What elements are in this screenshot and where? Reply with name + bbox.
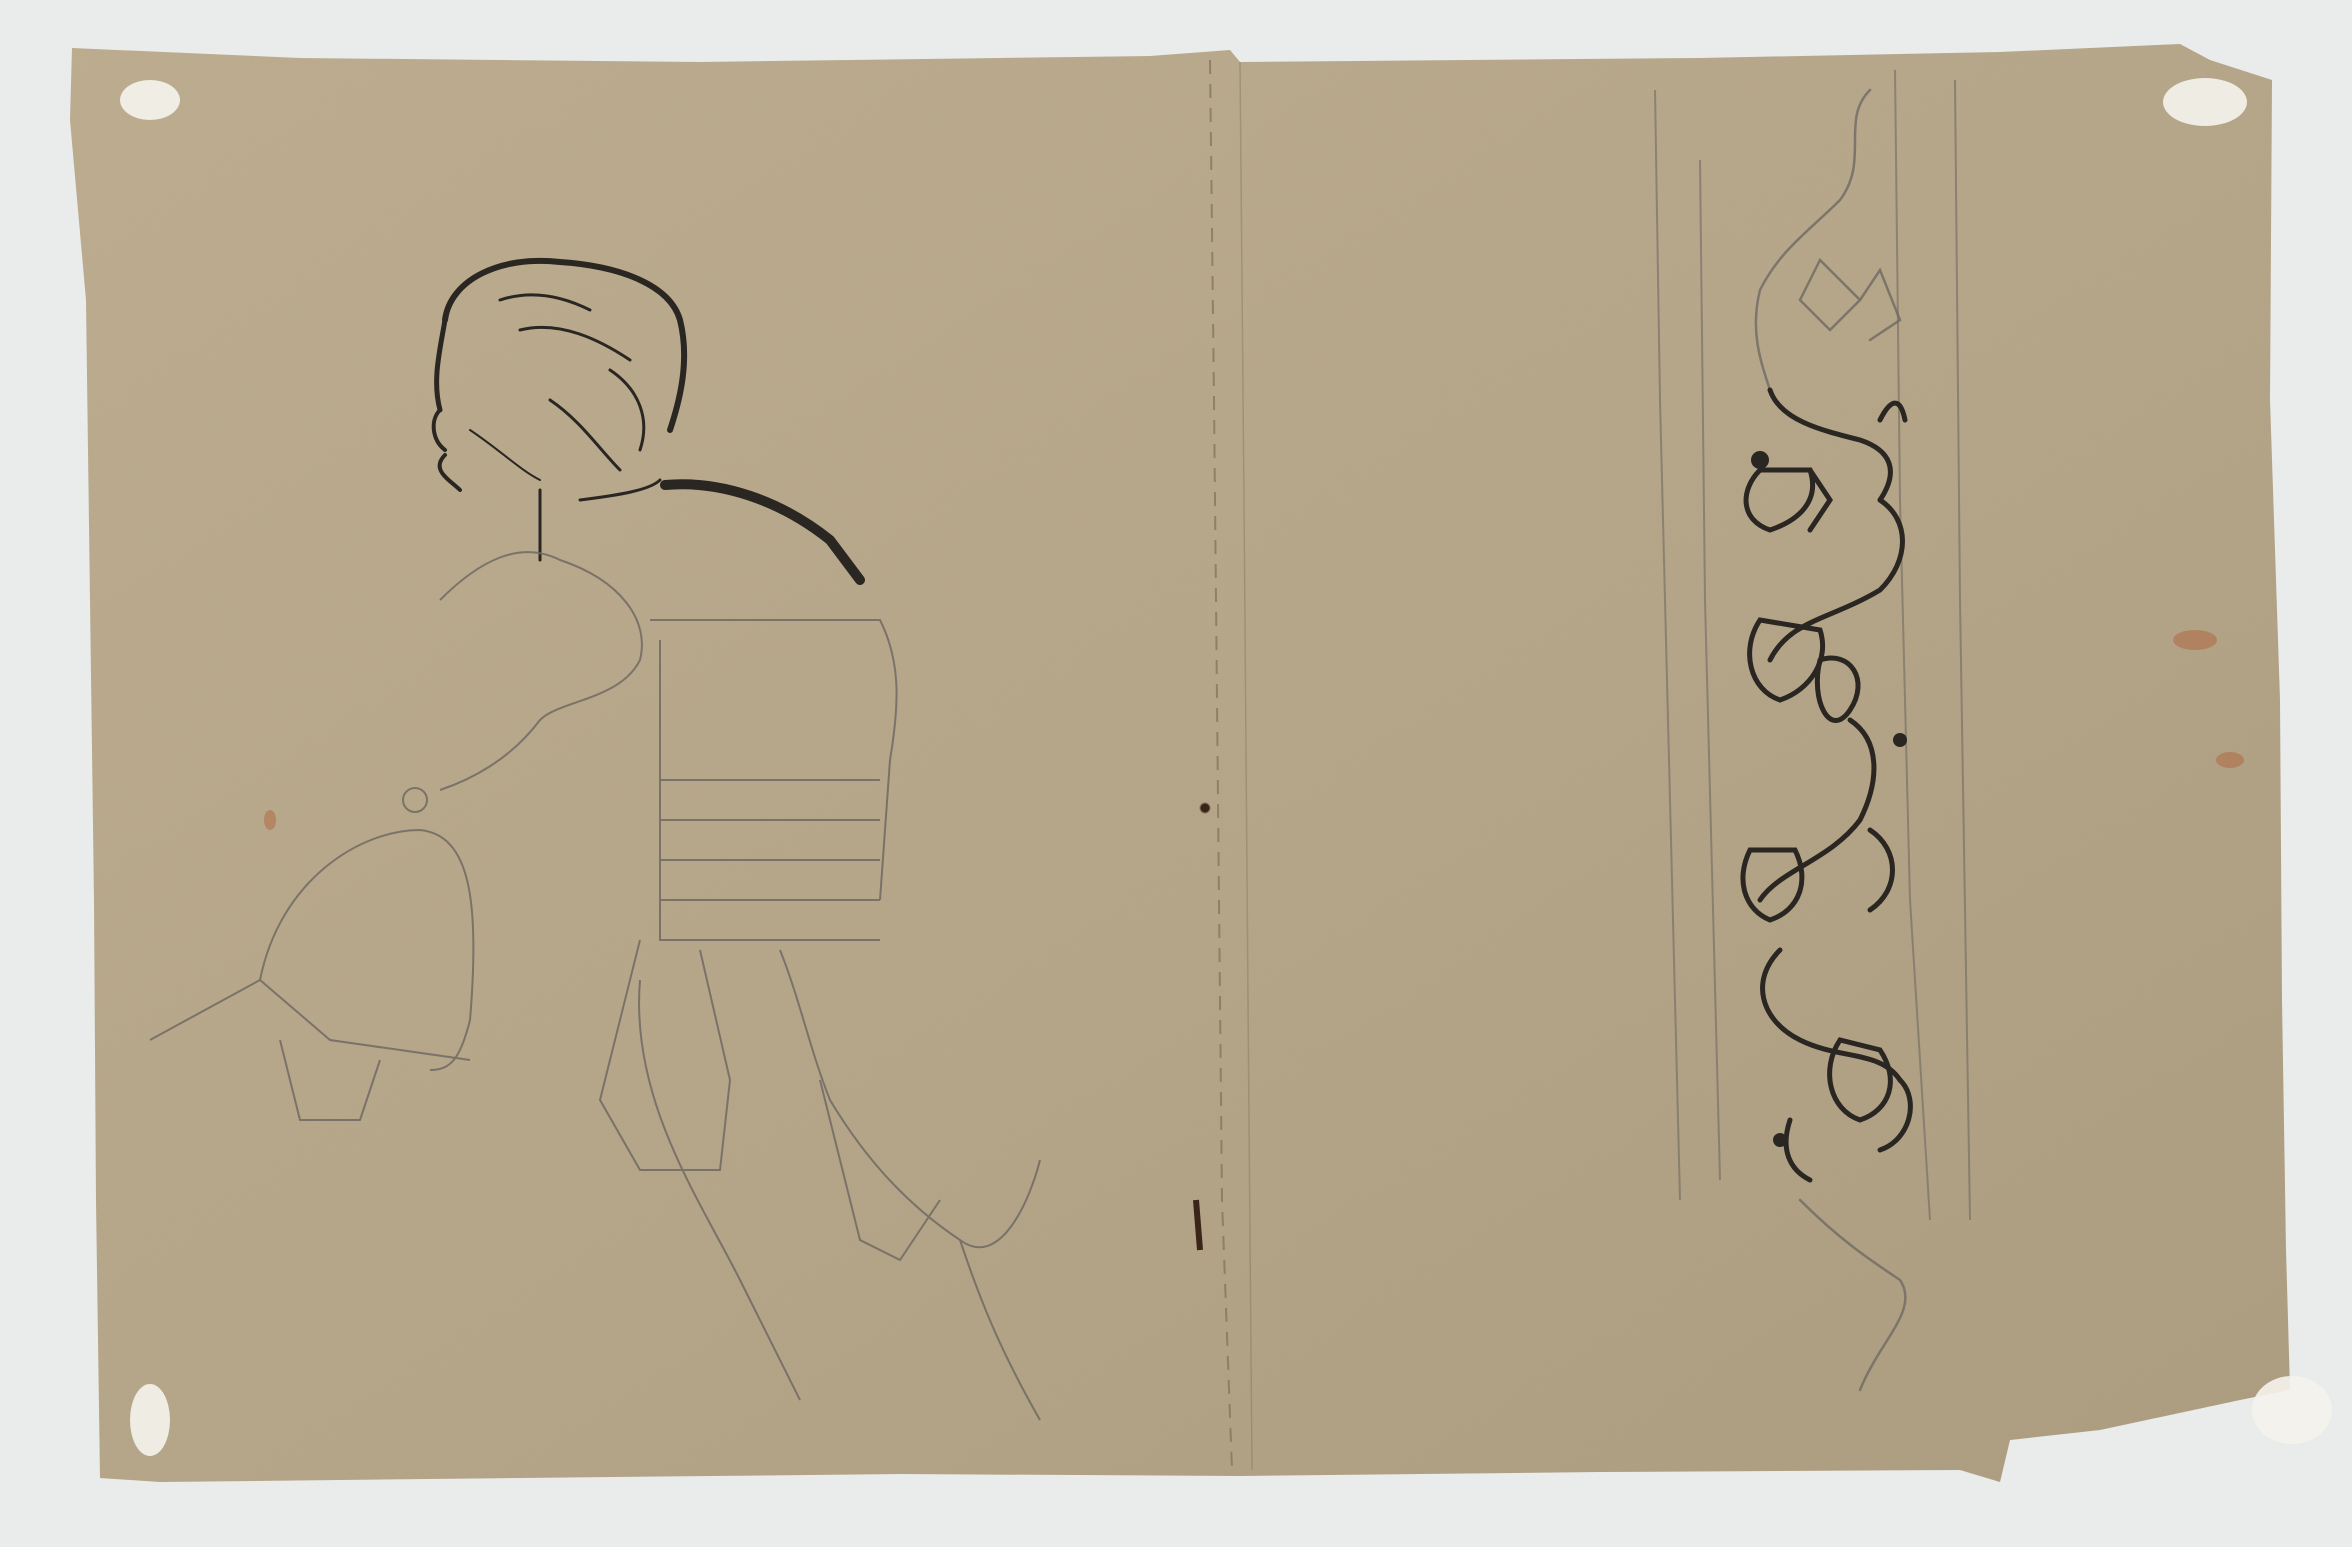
drawing-sheet [0, 0, 2352, 1547]
